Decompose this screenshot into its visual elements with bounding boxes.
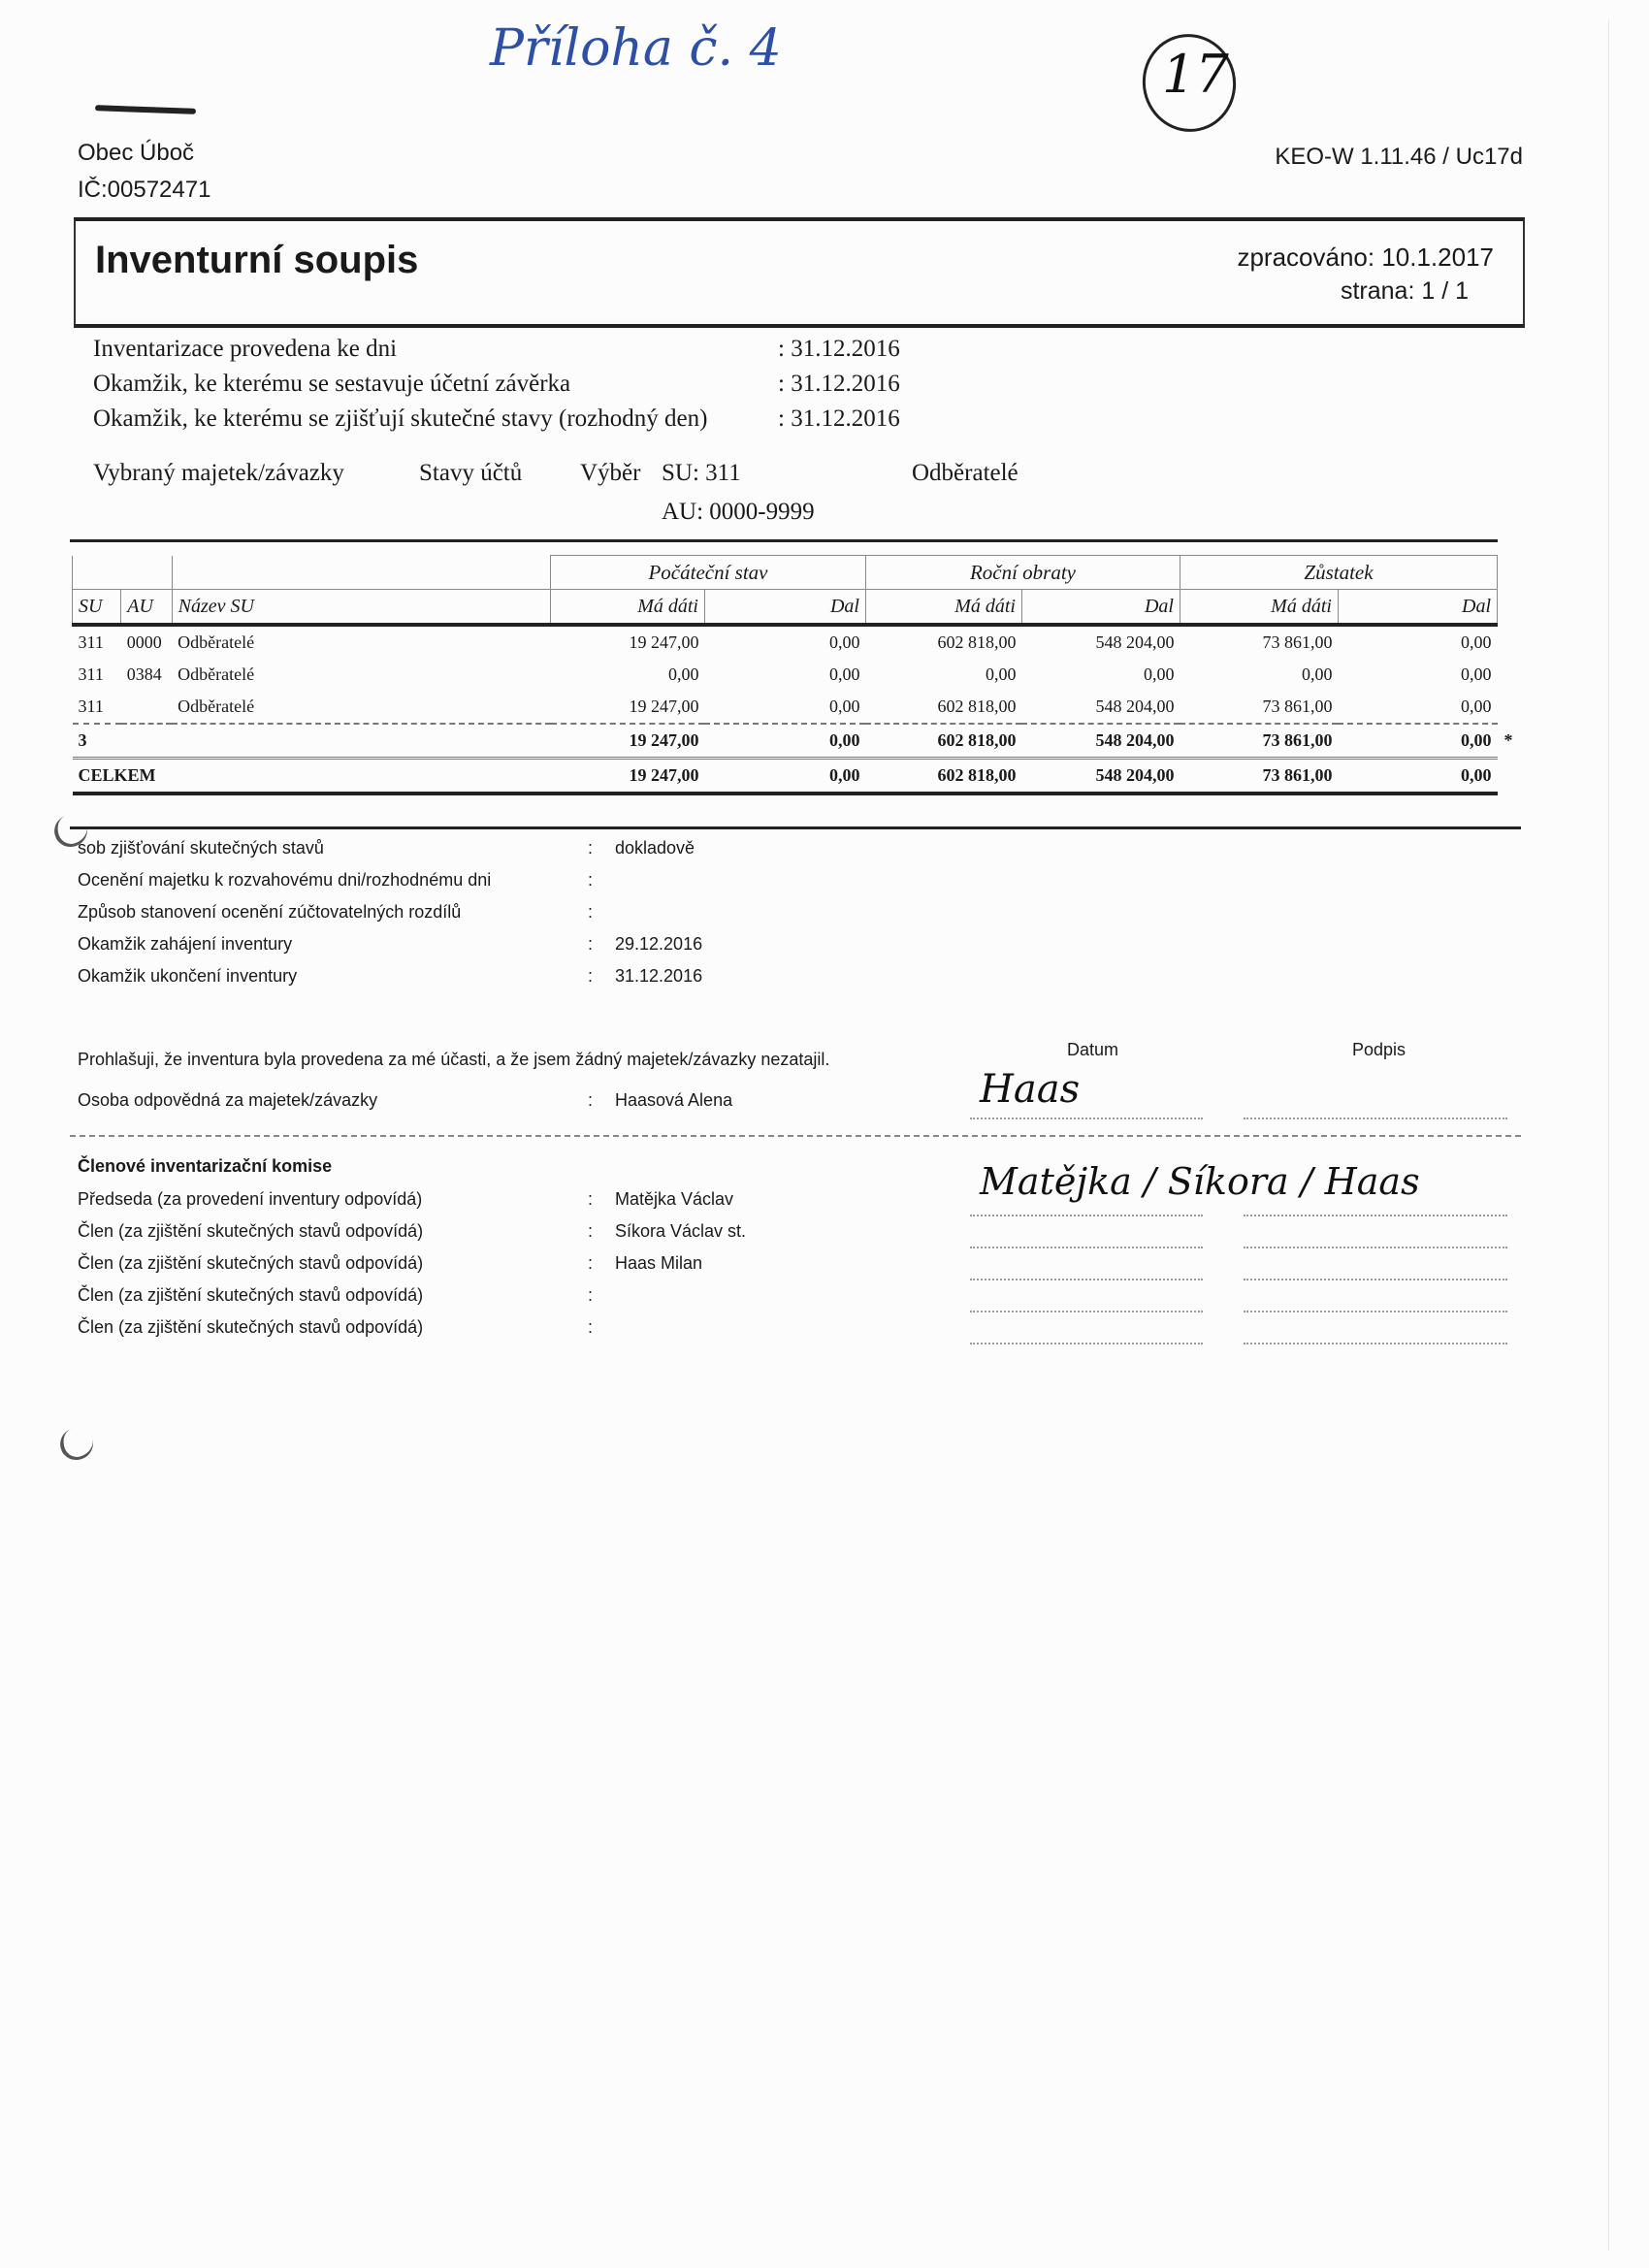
info-label: Způsob stanovení ocenění zúčtovatelných … [78,902,461,923]
software-version: KEO-W 1.11.46 / Uc17d [1275,144,1523,171]
cell-ro-md: 0,00 [865,659,1021,691]
date-column-header: Datum [1067,1040,1118,1060]
info-value: 29.12.2016 [615,934,702,955]
info-label: sob zjišťování skutečných stavů [78,838,324,859]
info-label: Okamžik ukončení inventury [78,966,297,987]
member-role: Člen (za zjištění skutečných stavů odpov… [78,1317,423,1338]
cell-ps-d: 0,00 [704,625,865,659]
cell-ps-md: 19 247,00 [551,625,705,659]
colon: : [588,870,593,891]
meta-value: : 31.12.2016 [778,405,900,433]
date-line [970,1215,1203,1216]
cell: 548 204,00 [1021,759,1180,794]
cell-ro-d: 0,00 [1021,659,1180,691]
col-z-credit: Dal [1338,590,1497,626]
signature-line [1244,1311,1507,1312]
cell: 19 247,00 [551,724,705,759]
redaction-mark [95,105,196,114]
cell: 0,00 [704,759,865,794]
processed-date: zpracováno: 10.1.2017 [1237,243,1494,273]
colon: : [588,934,593,955]
col-ps-debit: Má dáti [551,590,705,626]
cell-name: Odběratelé [172,659,550,691]
colon: : [588,1317,593,1338]
table-subtotal-row: 3 19 247,00 0,00 602 818,00 548 204,00 7… [73,724,1498,759]
table-top-rule [70,539,1498,542]
meta-value: : 31.12.2016 [778,371,900,398]
commission-handwritten-signatures: Matějka / Síkora / Haas [980,1164,1420,1199]
signature-line [1244,1215,1507,1216]
section-divider [70,1135,1521,1137]
date-line [970,1279,1203,1280]
cell-ro-md: 602 818,00 [865,625,1021,659]
member-name: Matějka Václav [615,1189,733,1210]
handwritten-annex-note: Příloha č. 4 [490,19,782,78]
total-label: CELKEM [73,759,551,794]
colon: : [588,1189,593,1210]
group-annual-turnover: Roční obraty [865,556,1180,590]
responsible-value: Haasová Alena [615,1090,732,1111]
cell: 73 861,00 [1180,724,1338,759]
member-role: Člen (za zjištění skutečných stavů odpov… [78,1221,423,1242]
colon: : [588,902,593,923]
cell-z-md: 0,00 [1180,659,1338,691]
subtotal-credit-marked: 0,00 [1461,730,1492,750]
inventory-table: Počáteční stav Roční obraty Zůstatek SU … [72,555,1498,795]
cell-su: 311 [73,625,121,659]
cell: 548 204,00 [1021,724,1180,759]
date-line [970,1311,1203,1312]
colon: : [588,1253,593,1274]
col-ro-debit: Má dáti [865,590,1021,626]
cell-name: Odběratelé [172,625,550,659]
meta-value: : 31.12.2016 [778,336,900,363]
signature-column-header: Podpis [1352,1040,1406,1060]
cell-au: 0000 [121,625,172,659]
cell-ps-d: 0,00 [704,659,865,691]
cell-name: Odběratelé [172,691,550,724]
selection-label: Vybraný majetek/závazky [93,460,344,487]
col-z-debit: Má dáti [1180,590,1338,626]
cell-au [121,691,172,724]
cell: 73 861,00 [1180,759,1338,794]
info-value: dokladově [615,838,695,859]
colon: : [588,1221,593,1242]
cell-ps-d: 0,00 [704,691,865,724]
date-line [970,1118,1203,1119]
cell-au: 0384 [121,659,172,691]
document-title: Inventurní soupis [95,239,418,282]
page-indicator: strana: 1 / 1 [1341,277,1469,306]
signature-line [1244,1279,1507,1280]
selection-choose: Výběr [580,460,640,487]
table-row: 3110000Odběratelé19 247,000,00602 818,00… [73,625,1498,659]
member-name: Síkora Václav st. [615,1221,746,1242]
colon: : [588,1090,593,1111]
selection-au: AU: 0000-9999 [662,499,815,526]
cell-ps-md: 0,00 [551,659,705,691]
meta-label: Okamžik, ke kterému se zjišťují skutečné… [93,405,707,433]
cell: 19 247,00 [551,759,705,794]
group-closing-balance: Zůstatek [1180,556,1497,590]
selection-su: SU: 311 [662,460,741,487]
subtotal-label: 3 [73,724,551,759]
cell-ro-md: 602 818,00 [865,691,1021,724]
col-au: AU [121,590,172,626]
table-row: 311Odběratelé19 247,000,00602 818,00548 … [73,691,1498,724]
organization-name: Obec Úboč [78,140,194,167]
handwritten-page-number: 17 [1162,44,1229,105]
member-role: Člen (za zjištění skutečných stavů odpov… [78,1285,423,1306]
info-value: 31.12.2016 [615,966,702,987]
member-name: Haas Milan [615,1253,702,1274]
info-label: Okamžik zahájení inventury [78,934,292,955]
col-su: SU [73,590,121,626]
cell: 0,00 [1338,759,1497,794]
commission-title: Členové inventarizační komise [78,1156,332,1177]
cell: 602 818,00 [865,724,1021,759]
info-top-rule [70,826,1521,829]
cell-z-md: 73 861,00 [1180,691,1338,724]
date-line [970,1343,1203,1345]
cell: 0,00 [704,724,865,759]
member-role: Předseda (za provedení inventury odpovíd… [78,1189,422,1210]
staple-mark-icon [55,1423,97,1465]
col-ro-credit: Dal [1021,590,1180,626]
group-opening-balance: Počáteční stav [551,556,866,590]
member-role: Člen (za zjištění skutečných stavů odpov… [78,1253,423,1274]
cell-ro-d: 548 204,00 [1021,625,1180,659]
cell-z-d: 0,00 [1338,659,1497,691]
colon: : [588,966,593,987]
colon: : [588,838,593,859]
cell-z-d: 0,00 [1338,691,1497,724]
cell-su: 311 [73,659,121,691]
col-name: Název SU [172,590,550,626]
meta-label: Inventarizace provedena ke dni [93,336,397,363]
title-box: Inventurní soupis zpracováno: 10.1.2017 … [74,217,1525,328]
signature-line [1244,1247,1507,1248]
table-column-header: SU AU Název SU Má dáti Dal Má dáti Dal M… [73,590,1498,626]
responsible-label: Osoba odpovědná za majetek/závazky [78,1090,377,1111]
selection-su-name: Odběratelé [912,460,1018,487]
info-label: Ocenění majetku k rozvahovému dni/rozhod… [78,870,491,891]
table-group-header: Počáteční stav Roční obraty Zůstatek [73,556,1498,590]
cell-ps-md: 19 247,00 [551,691,705,724]
cell-z-d: 0,00 [1338,625,1497,659]
organization-id: IČ:00572471 [78,177,210,204]
handwritten-signature: Haas [980,1067,1080,1112]
table-row: 3110384Odběratelé0,000,000,000,000,000,0… [73,659,1498,691]
cell-su: 311 [73,691,121,724]
selection-states: Stavy účtů [419,460,522,487]
page-edge-line [1608,19,1609,2251]
cell-z-md: 73 861,00 [1180,625,1338,659]
cell: 602 818,00 [865,759,1021,794]
signature-line [1244,1343,1507,1345]
meta-label: Okamžik, ke kterému se sestavuje účetní … [93,371,570,398]
signature-line [1244,1118,1507,1119]
cell-ro-d: 548 204,00 [1021,691,1180,724]
table-total-row: CELKEM 19 247,00 0,00 602 818,00 548 204… [73,759,1498,794]
colon: : [588,1285,593,1306]
col-ps-credit: Dal [704,590,865,626]
declaration-text: Prohlašuji, že inventura byla provedena … [78,1050,829,1070]
date-line [970,1247,1203,1248]
